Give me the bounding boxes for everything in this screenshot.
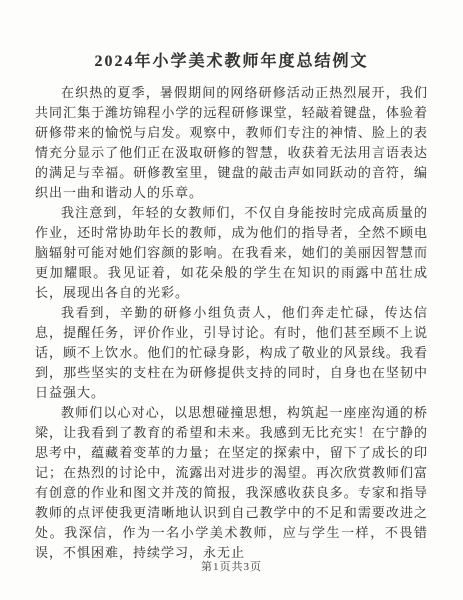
paragraph-1: 在织热的夏季，暑假期间的网络研修活动正热烈展开，我们共同汇集于潍坊锦程小学的远程… <box>35 83 428 203</box>
page-number-footer: 第1页共3页 <box>0 558 463 574</box>
paragraph-3: 我看到，辛勤的研修小组负责人，他们奔走忙碌，传达信息，提醒任务，评价作业，引导讨… <box>35 303 428 403</box>
paragraph-4: 教师们以心对心，以思想碰撞思想，构筑起一座座沟通的桥梁，让我看到了教育的希望和未… <box>35 403 428 563</box>
paragraph-2: 我注意到，年轻的女教师们，不仅自身能按时完成高质量的作业，还时常协助年长的教师，… <box>35 203 428 303</box>
page-title: 2024年小学美术教师年度总结例文 <box>35 48 428 71</box>
document-page: 2024年小学美术教师年度总结例文 在织热的夏季，暑假期间的网络研修活动正热烈展… <box>0 0 463 600</box>
document-body: 在织热的夏季，暑假期间的网络研修活动正热烈展开，我们共同汇集于潍坊锦程小学的远程… <box>35 83 428 563</box>
